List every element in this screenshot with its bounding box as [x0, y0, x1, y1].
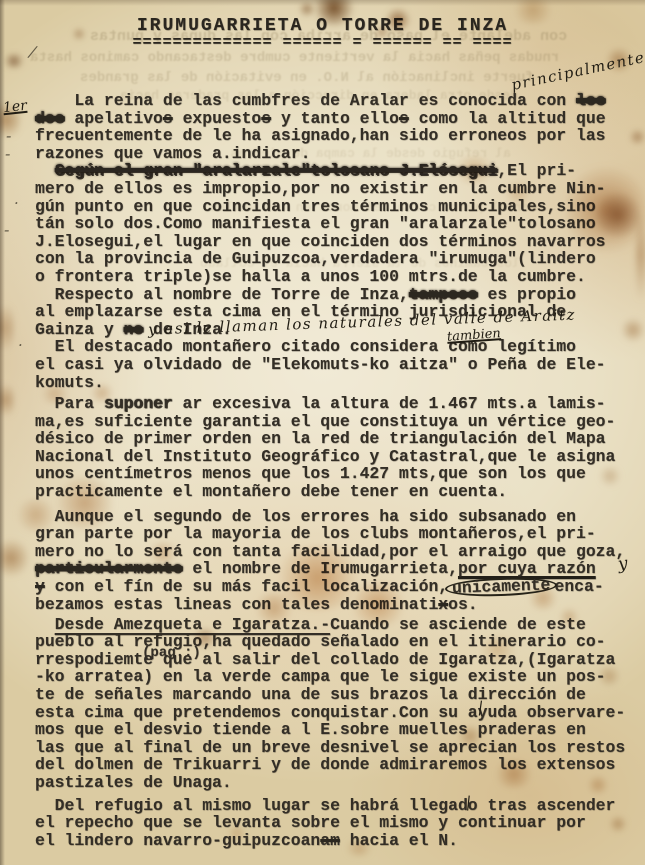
typed-text: unos centímetros menos que los 1.427 mts… — [35, 464, 586, 483]
typed-text: razones que vamos a.indicar. — [35, 144, 310, 163]
typed-text: mero de ellos es impropio,por no existir… — [35, 179, 606, 198]
text-line: J.Elosegui,el lugar en que coinciden dos… — [35, 233, 635, 251]
typed-text: Aunque el segundo de los errores ha sido… — [35, 507, 576, 526]
text-line: frecuentemente de le ha asignado,han sid… — [35, 127, 635, 145]
stain — [2, 54, 26, 68]
edited-text: s — [163, 109, 173, 128]
page-title: IRUMUGARRIETA O TORRE DE INZA — [0, 16, 645, 36]
text-line: Para suponer ar excesiva la altura de 1.… — [35, 395, 635, 413]
typed-text: Respecto al nombre de Torre de Inza, — [35, 285, 409, 304]
typed-text: mos que el desvio tiende a l E.sobre mue… — [35, 720, 586, 739]
text-line: mero no lo será con tanta facilidad,por … — [35, 543, 635, 561]
edited-text: no — [124, 320, 144, 339]
text-line: razones que vamos a.indicar. — [35, 145, 635, 163]
typed-text: apelativo — [65, 109, 163, 128]
typed-text: expuesto — [173, 109, 262, 128]
typed-text — [35, 161, 55, 180]
text-line: Según el gran "aralarzale"tolosano J.Eló… — [35, 162, 635, 180]
text-line: practicamente el montañero debe tener en… — [35, 483, 635, 501]
edited-text: x — [438, 595, 448, 614]
typed-text: Cuando se asciende de este — [330, 615, 586, 634]
typed-text: J.Elosegui,el lugar en que coinciden dos… — [35, 232, 606, 251]
typed-text: las que al final de un breve desnivel se… — [35, 738, 625, 757]
edited-text: y — [35, 577, 45, 596]
edited-text: s — [399, 109, 409, 128]
typed-text: pueblo al refugio,ha quedado señalado en… — [35, 632, 606, 651]
text-line: el lindero navarro-guipuzcoanam hacia el… — [35, 832, 635, 850]
text-line: El destacado montañero citado considera … — [35, 338, 635, 356]
text-line: Del refugio al mismo lugar se habrá lleg… — [35, 797, 635, 815]
text-line: Desde Amezqueta e Igaratza.-Cuando se as… — [35, 616, 635, 634]
typed-text: os. — [448, 595, 478, 614]
typed-text: ar excesiva la altura de 1.467 mts.a lam… — [173, 394, 606, 413]
text-line: La reina de las cumbfres de Aralar es co… — [35, 92, 635, 110]
handwritten-note: - — [4, 220, 9, 239]
typed-text: con la provincia de Guipuzcoa,verdadera … — [35, 249, 596, 268]
typed-text: bezamos estas lineas con tales denominat… — [35, 595, 438, 614]
stain — [0, 296, 14, 360]
handwritten-note: - — [5, 144, 10, 163]
typed-text: el repecho que se levanta sobre el mismo… — [35, 813, 586, 832]
text-line: -ko arratea) en la verde campa que le si… — [35, 668, 635, 686]
typed-text: gún punto en que coincidan tres términos… — [35, 197, 596, 216]
text-line: Respecto al nombre de Torre de Inza,tamp… — [35, 286, 635, 304]
text-line: las que al final de un breve desnivel se… — [35, 739, 635, 757]
typed-text: esta cima que pretendemos conquistar.Con… — [35, 703, 625, 722]
typed-text: pastizales de Unaga. — [35, 773, 232, 792]
typed-text: Gainza y — [35, 320, 124, 339]
text-line: mero de ellos es impropio,por no existir… — [35, 180, 635, 198]
edited-text: s — [261, 109, 271, 128]
stain — [0, 378, 14, 422]
text-line: gún punto en que coincidan tres términos… — [35, 198, 635, 216]
typed-text: te de señales marcando una de sus brazos… — [35, 685, 586, 704]
stain — [298, 2, 316, 16]
edited-text: Desde Amezqueta e Igaratza.- — [55, 615, 330, 634]
text-line: rrespodiemte que al salir del collado de… — [35, 651, 635, 669]
text-line: Nacional del Instituto Geográfico y Cata… — [35, 448, 635, 466]
text-line: mos que el desvio tiende a l E.sobre mue… — [35, 721, 635, 739]
text-line: el casi ya olvidado de "Elekomuts-ko ait… — [35, 356, 635, 374]
edited-text: Según el gran "aralarzale"tolosano J.Eló… — [55, 161, 498, 180]
typed-text: ma,es suficiente garantia el que constit… — [35, 412, 615, 431]
handwritten-note: - — [6, 126, 11, 145]
typed-text: Nacional del Instituto Geográfico y Cata… — [35, 447, 615, 466]
title-block: IRUMUGARRIETA O TORRE DE INZA ==========… — [0, 16, 645, 51]
typed-text: Del refugio al mismo lugar se habrá lleg… — [35, 796, 615, 815]
typed-text: Para — [35, 394, 104, 413]
typed-text: frecuentemente de le ha asignado,han sid… — [35, 126, 606, 145]
stain — [0, 536, 28, 580]
text-line: del dolmen de Trikuarri y de donde admir… — [35, 756, 635, 774]
typed-text: del dolmen de Trikuarri y de donde admir… — [35, 755, 615, 774]
typed-text: es propio — [478, 285, 576, 304]
text-line: o frontera triple)se halla a unos 100 mt… — [35, 268, 635, 286]
edited-text: dos — [35, 109, 65, 128]
handwritten-note: 1er — [2, 98, 27, 116]
text-line: unos centímetros menos que los 1.427 mts… — [35, 465, 635, 483]
document-page: con adelante el paso de arriba con las d… — [0, 0, 645, 865]
typed-text: como la altitud que — [409, 109, 606, 128]
text-line: pastizales de Unaga. — [35, 774, 635, 792]
edited-text: tampoco — [409, 285, 478, 304]
typed-text: hacia el N. — [340, 831, 458, 850]
stain — [636, 190, 645, 320]
edited-text: unicamente — [445, 576, 558, 598]
text-line: Aunque el segundo de los errores ha sido… — [35, 508, 635, 526]
edited-text: am — [320, 831, 340, 850]
typed-text: practicamente el montañero debe tener en… — [35, 482, 507, 501]
typed-text: y tanto ello — [271, 109, 399, 128]
typed-text — [35, 615, 55, 634]
typed-text: La reina de las cumbfres de Aralar es co… — [35, 91, 576, 110]
typed-text: -ko arratea) en la verde campa que le si… — [35, 667, 606, 686]
text-line: bezamos estas lineas con tales denominat… — [35, 596, 635, 614]
edited-text: los — [576, 91, 606, 110]
bleedthrough-text: rnudas peñas hacia la vertiente cumbre d… — [30, 50, 559, 66]
typed-text: el lindero navarro-guipuzcoan — [35, 831, 320, 850]
typed-text: con el fín de su más facil localización, — [45, 577, 448, 596]
text-line: esta cima que pretendemos conquistar.Con… — [35, 704, 635, 722]
text-line: te de señales marcando una de sus brazos… — [35, 686, 635, 704]
typed-text: gran parte por la mayoria de los clubs m… — [35, 524, 596, 543]
edited-text: particularmente — [35, 559, 183, 578]
typed-text: enca- — [555, 577, 604, 596]
text-line: el repecho que se levanta sobre el mismo… — [35, 814, 635, 832]
typed-text: komuts. — [35, 373, 104, 392]
title-underline: ============== ====== = ====== == ==== — [0, 34, 645, 51]
typed-text: ,El pri- — [497, 161, 576, 180]
handwritten-note: · — [14, 194, 19, 212]
text-line: dos apelativos expuestos y tanto ellos c… — [35, 110, 635, 128]
text-line: tán solo dos.Como manifiesta el gran "ar… — [35, 215, 635, 233]
text-line: y con el fín de su más facil localizació… — [35, 578, 635, 596]
typed-text: el nombre de Irumugarrieta, — [183, 559, 458, 578]
handwritten-note: y — [617, 553, 629, 574]
typed-text: désico de primer orden en la red de tria… — [35, 429, 606, 448]
typed-text: el casi ya olvidado de "Elekomuts-ko ait… — [35, 355, 606, 374]
edited-text: suponer — [104, 394, 173, 413]
typed-text: mero no lo será con tanta facilidad,por … — [35, 542, 625, 561]
text-line: désico de primer orden en la red de tria… — [35, 430, 635, 448]
typed-insert-note: (pag.:) — [142, 645, 201, 661]
bleedthrough-text: fuerte inclinación al N.O. en evitación … — [80, 70, 534, 86]
text-line: ma,es suficiente garantia el que constit… — [35, 413, 635, 431]
handwritten-note: · — [18, 336, 23, 354]
text-line: pueblo al refugio,ha quedado señalado en… — [35, 633, 635, 651]
typed-text: tán solo dos.Como manifiesta el gran "ar… — [35, 214, 596, 233]
typed-text: o frontera triple)se halla a unos 100 mt… — [35, 267, 586, 286]
text-line: gran parte por la mayoria de los clubs m… — [35, 525, 635, 543]
text-line: con la provincia de Guipuzcoa,verdadera … — [35, 250, 635, 268]
text-lines: La reina de las cumbfres de Aralar es co… — [35, 92, 635, 849]
text-line: komuts. — [35, 374, 635, 392]
typed-text: rrespodiemte que al salir del collado de… — [35, 650, 615, 669]
